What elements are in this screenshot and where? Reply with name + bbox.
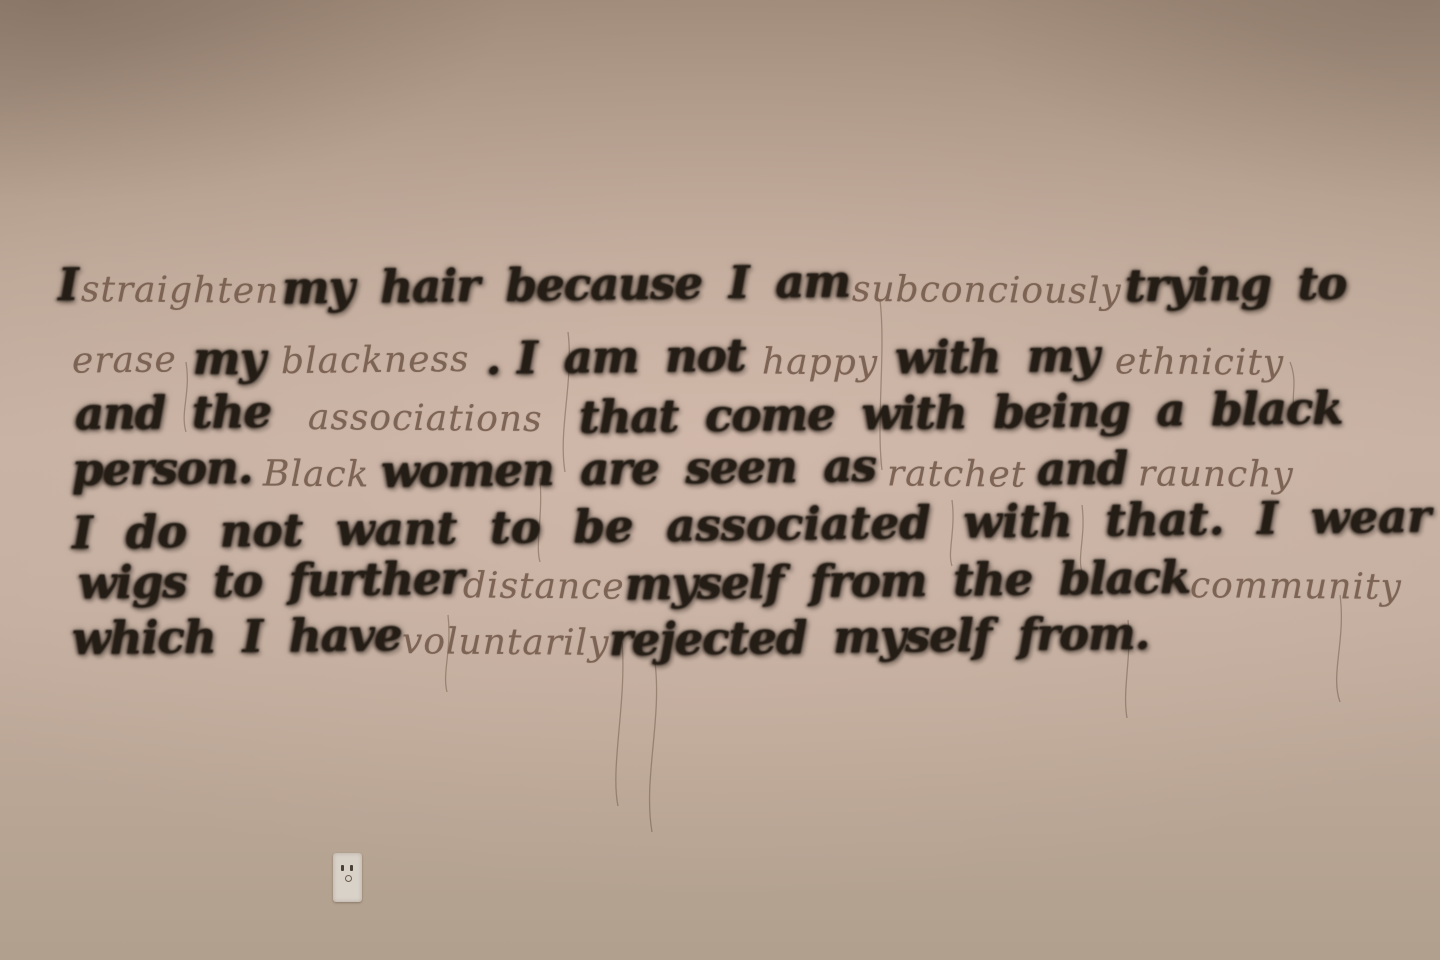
text-line-2: erase my blackness . I am not happy with… (72, 330, 1284, 383)
hair-word: erase (72, 339, 177, 381)
text-line-7: which I have voluntarily rejected myself… (72, 610, 1130, 663)
text-line-3: and the associations that come with bein… (75, 386, 1343, 439)
hair-word: distance (463, 565, 625, 607)
hair-word: raunchy (1138, 453, 1294, 495)
outlet-slot-icon (341, 865, 344, 871)
hair-word: my hair because I am (281, 255, 850, 315)
electrical-outlet (333, 853, 362, 902)
hair-word: rejected myself from. (609, 607, 1150, 667)
text-line-4: person. Black women are seen as ratchet … (72, 442, 1294, 495)
hair-word: blackness (281, 339, 470, 382)
text-line-6: wigs to further distance myself from the… (78, 554, 1390, 607)
gallery-wall-photo: I straighten my hair because I am subcon… (0, 0, 1440, 960)
text-line-1: I straighten my hair because I am subcon… (58, 258, 1346, 311)
hair-word: community (1190, 565, 1402, 608)
hair-word: ethnicity (1115, 341, 1284, 383)
hair-word: women are seen as (381, 439, 877, 498)
hair-word: subconciously (852, 269, 1122, 312)
hair-word: and (1037, 441, 1128, 495)
hair-word: with my (894, 329, 1098, 384)
outlet-slot-icon (350, 865, 353, 871)
hair-word: ratchet (887, 453, 1027, 495)
hair-word: person. (72, 441, 253, 496)
hair-word: my (193, 332, 265, 386)
hair-word: myself from the black (625, 551, 1191, 611)
hair-word: . (486, 332, 501, 385)
hair-word: and the (75, 385, 272, 440)
hair-word: voluntarily (402, 621, 610, 664)
hair-word: I do not want to be associated with that… (72, 490, 1432, 560)
hair-word: I am not (517, 329, 746, 385)
hair-word: happy (762, 341, 878, 383)
hair-text-artwork: I straighten my hair because I am subcon… (0, 0, 1440, 960)
hair-word: which I have (72, 608, 402, 665)
hair-word: I (58, 258, 79, 311)
hair-word: that come with being a black (579, 381, 1343, 443)
hair-word: Black (263, 454, 370, 496)
outlet-ground-icon (345, 875, 352, 882)
hair-word: associations (308, 397, 543, 440)
hair-word: trying to (1124, 257, 1346, 313)
text-line-5: I do not want to be associated with that… (72, 498, 1431, 551)
hair-word: straighten (80, 269, 279, 312)
hair-word: wigs to further (78, 552, 464, 610)
